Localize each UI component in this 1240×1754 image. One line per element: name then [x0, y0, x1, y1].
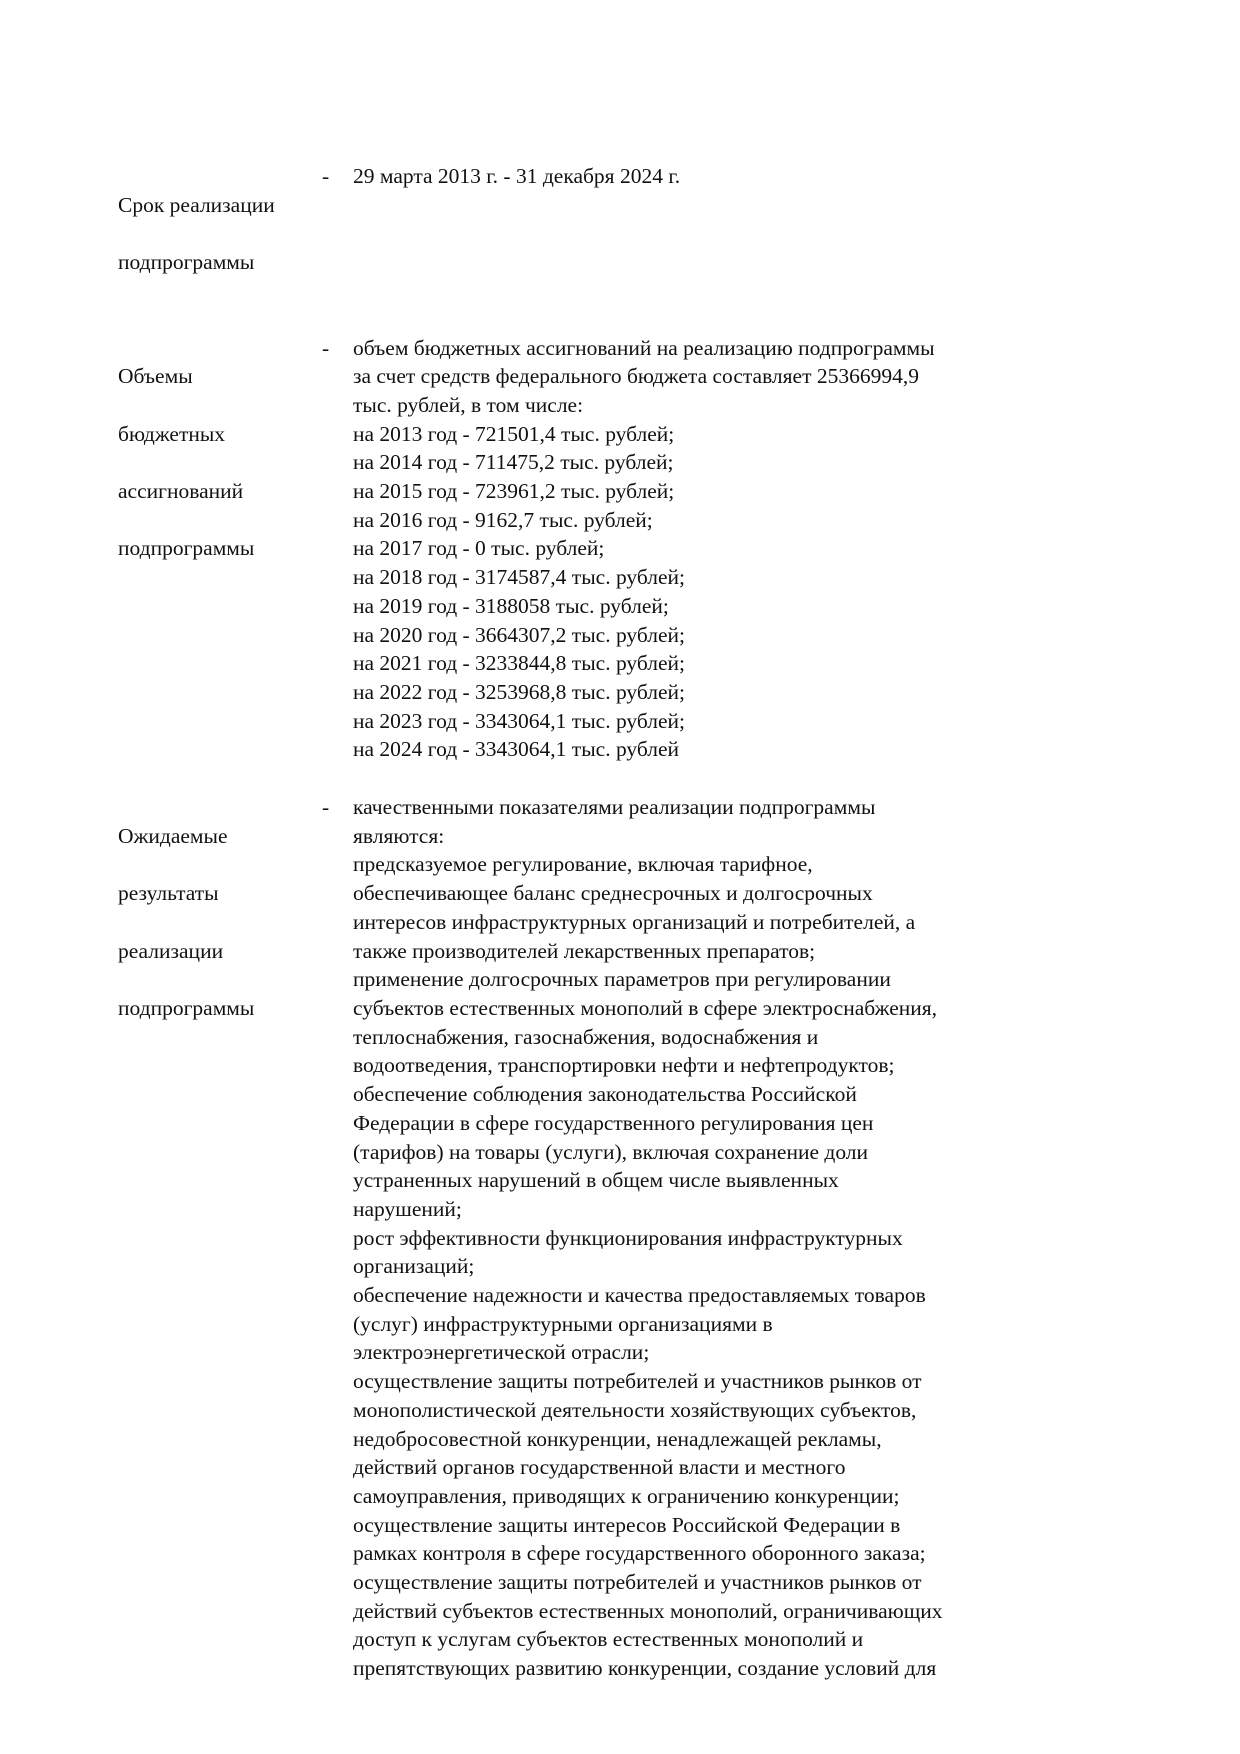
label-line: ассигнований [118, 477, 318, 506]
label-line: подпрограммы [118, 994, 318, 1023]
value-line: препятствующих развитию конкуренции, соз… [353, 1654, 1053, 1683]
value-line: на 2017 год - 0 тыс. рублей; [353, 534, 1053, 563]
value-line: на 2024 год - 3343064,1 тыс. рублей [353, 735, 1053, 764]
value-line: на 2020 год - 3664307,2 тыс. рублей; [353, 621, 1053, 650]
value-line: действий субъектов естественных монополи… [353, 1597, 1053, 1626]
value-line: 29 марта 2013 г. - 31 декабря 2024 г. [353, 162, 1053, 191]
value-line: осуществление защиты потребителей и учас… [353, 1568, 1053, 1597]
value-line: самоуправления, приводящих к ограничению… [353, 1482, 1053, 1511]
value-line: монополистической деятельности хозяйству… [353, 1396, 1053, 1425]
value-line: обеспечивающее баланс среднесрочных и до… [353, 879, 1053, 908]
value-line: нарушений; [353, 1195, 1053, 1224]
value-line: водоотведения, транспортировки нефти и н… [353, 1051, 1053, 1080]
value-line: организаций; [353, 1252, 1053, 1281]
row-implementation-period: Срок реализации подпрограммы - 29 марта … [118, 162, 1078, 306]
row-value: объем бюджетных ассигнований на реализац… [353, 334, 1053, 765]
row-value: 29 марта 2013 г. - 31 декабря 2024 г. [353, 162, 1053, 191]
value-line: применение долгосрочных параметров при р… [353, 965, 1053, 994]
value-line: предсказуемое регулирование, включая тар… [353, 850, 1053, 879]
value-line: за счет средств федерального бюджета сос… [353, 362, 1053, 391]
row-dash: - [318, 793, 353, 822]
value-line: на 2019 год - 3188058 тыс. рублей; [353, 592, 1053, 621]
value-line: недобросовестной конкуренции, ненадлежащ… [353, 1425, 1053, 1454]
label-line: подпрограммы [118, 248, 318, 277]
label-line: Ожидаемые [118, 822, 318, 851]
row-label: Объемы бюджетных ассигнований подпрограм… [118, 334, 318, 592]
value-line: субъектов естественных монополий в сфере… [353, 994, 1053, 1023]
value-line: теплоснабжения, газоснабжения, водоснабж… [353, 1023, 1053, 1052]
row-label: Срок реализации подпрограммы [118, 162, 318, 306]
value-line: действий органов государственной власти … [353, 1453, 1053, 1482]
value-line: на 2021 год - 3233844,8 тыс. рублей; [353, 649, 1053, 678]
value-line: рамках контроля в сфере государственного… [353, 1539, 1053, 1568]
value-line: на 2015 год - 723961,2 тыс. рублей; [353, 477, 1053, 506]
value-line: интересов инфраструктурных организаций и… [353, 908, 1053, 937]
value-line: Федерации в сфере государственного регул… [353, 1109, 1053, 1138]
value-line: электроэнергетической отрасли; [353, 1338, 1053, 1367]
row-budget-allocations: Объемы бюджетных ассигнований подпрограм… [118, 334, 1078, 765]
value-line: также производителей лекарственных препа… [353, 937, 1053, 966]
label-line: реализации [118, 937, 318, 966]
row-dash: - [318, 162, 353, 191]
value-line: качественными показателями реализации по… [353, 793, 1053, 822]
value-line: на 2014 год - 711475,2 тыс. рублей; [353, 448, 1053, 477]
value-line: осуществление защиты интересов Российско… [353, 1511, 1053, 1540]
row-dash: - [318, 334, 353, 363]
value-line: на 2022 год - 3253968,8 тыс. рублей; [353, 678, 1053, 707]
value-line: тыс. рублей, в том числе: [353, 391, 1053, 420]
passport-table: Срок реализации подпрограммы - 29 марта … [118, 162, 1078, 1683]
value-line: на 2016 год - 9162,7 тыс. рублей; [353, 506, 1053, 535]
value-line: (тарифов) на товары (услуги), включая со… [353, 1138, 1053, 1167]
value-line: на 2018 год - 3174587,4 тыс. рублей; [353, 563, 1053, 592]
value-line: обеспечение надежности и качества предос… [353, 1281, 1053, 1310]
row-value: качественными показателями реализации по… [353, 793, 1053, 1683]
value-line: являются: [353, 822, 1053, 851]
value-line: устраненных нарушений в общем числе выяв… [353, 1166, 1053, 1195]
value-line: на 2013 год - 721501,4 тыс. рублей; [353, 420, 1053, 449]
value-line: (услуг) инфраструктурными организациями … [353, 1310, 1053, 1339]
label-line: Срок реализации [118, 191, 318, 220]
value-line: обеспечение соблюдения законодательства … [353, 1080, 1053, 1109]
label-line: бюджетных [118, 420, 318, 449]
label-line: результаты [118, 879, 318, 908]
value-line: объем бюджетных ассигнований на реализац… [353, 334, 1053, 363]
row-expected-results: Ожидаемые результаты реализации подпрогр… [118, 793, 1078, 1683]
value-line: на 2023 год - 3343064,1 тыс. рублей; [353, 707, 1053, 736]
value-line: рост эффективности функционирования инфр… [353, 1224, 1053, 1253]
value-line: осуществление защиты потребителей и учас… [353, 1367, 1053, 1396]
label-line: Объемы [118, 362, 318, 391]
value-line: доступ к услугам субъектов естественных … [353, 1625, 1053, 1654]
row-label: Ожидаемые результаты реализации подпрогр… [118, 793, 318, 1051]
label-line: подпрограммы [118, 534, 318, 563]
